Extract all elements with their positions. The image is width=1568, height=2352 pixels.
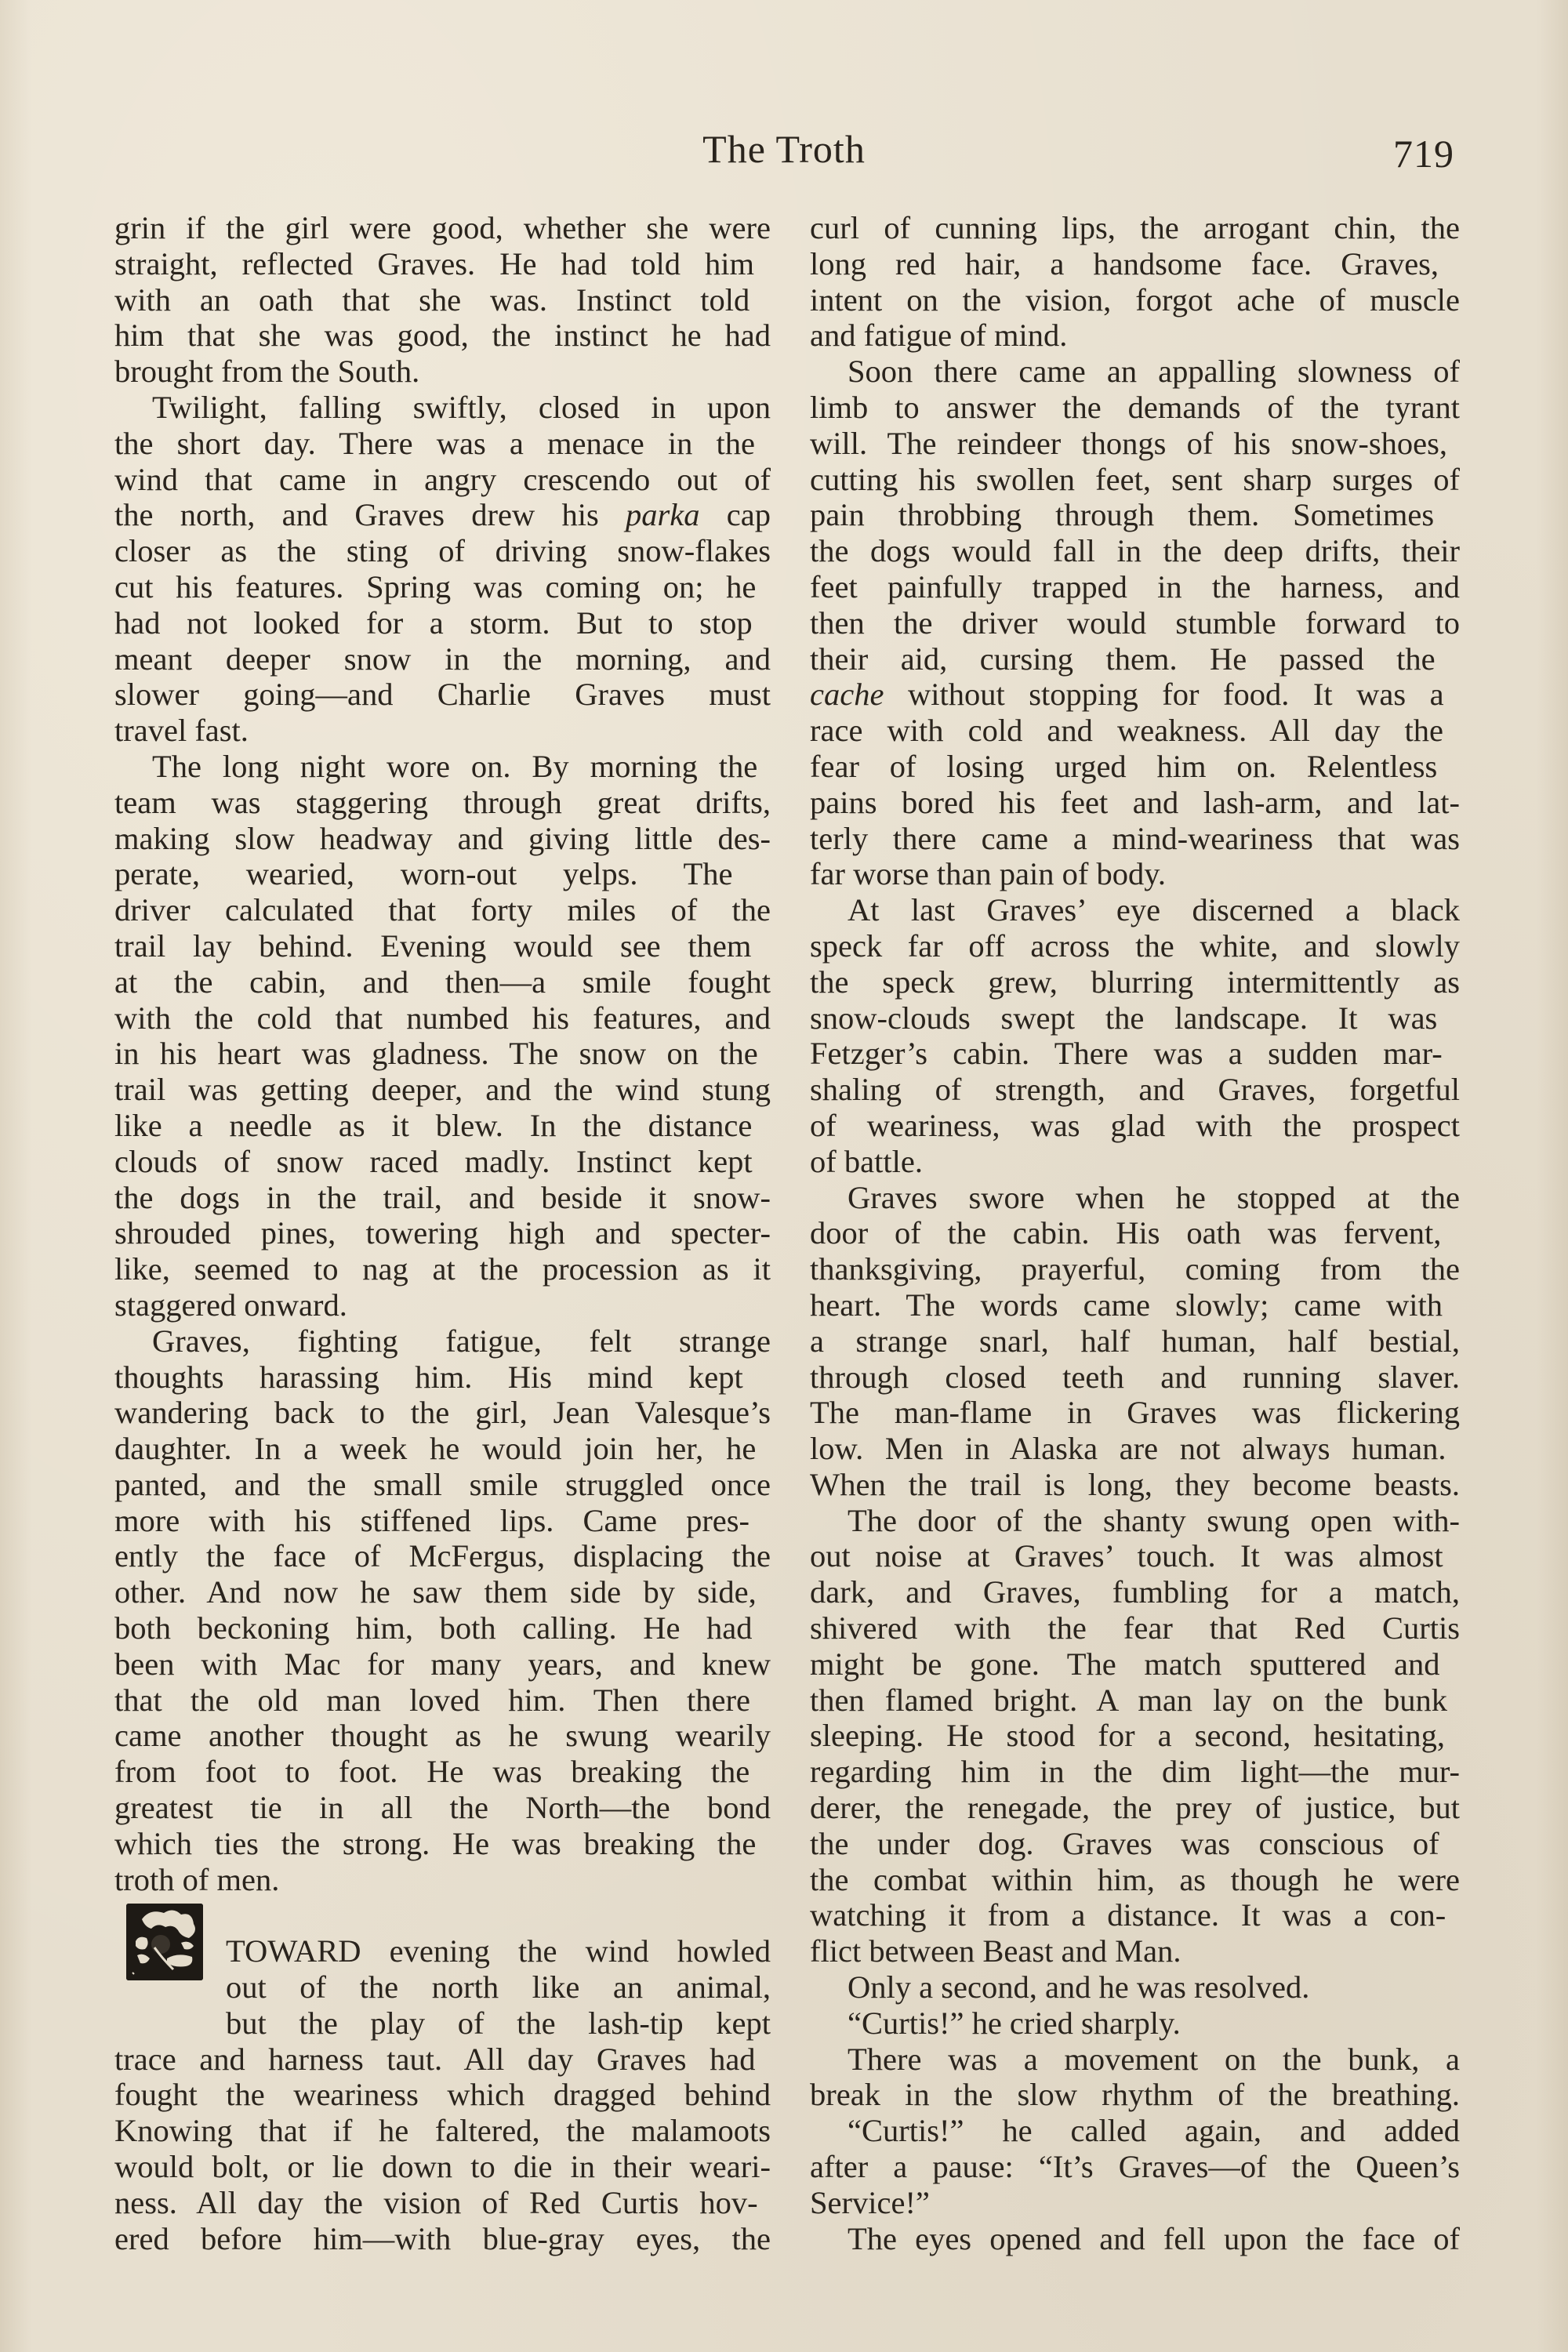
text-line: meant deeper snow in the morning, and xyxy=(114,641,771,677)
text-line: break in the slow rhythm of the breathin… xyxy=(810,2077,1460,2113)
text-line: curl of cunning lips, the arrogant chin,… xyxy=(810,210,1460,246)
text-run: like, seemed to nag at the procession as… xyxy=(114,1251,771,1287)
text-line: intent on the vision, forgot ache of mus… xyxy=(810,282,1460,318)
text-run: limb to answer the demands of the tyrant xyxy=(810,390,1460,425)
text-run: Knowing that if he faltered, the malamoo… xyxy=(114,2113,771,2148)
text-run: cap xyxy=(700,497,771,532)
text-line: the north, and Graves drew his parka cap xyxy=(114,497,771,533)
text-run: the north, and Graves drew his xyxy=(114,497,626,532)
text-line: both beckoning him, both calling. He had xyxy=(114,1610,771,1646)
text-run: When the trail is long, they become beas… xyxy=(810,1467,1460,1502)
text-line: pain throbbing through them. Sometimes xyxy=(810,497,1460,533)
text-line: the short day. There was a menace in the xyxy=(114,426,771,462)
text-run: feet painfully trapped in the harness, a… xyxy=(810,569,1460,604)
text-run: with the cold that numbed his features, … xyxy=(114,1000,771,1036)
text-run: but the play of the lash-tip kept xyxy=(226,2005,771,2041)
text-line: out noise at Graves’ touch. It was almos… xyxy=(810,1538,1460,1574)
text-run: then flamed bright. A man lay on the bun… xyxy=(810,1682,1447,1718)
text-line: but the play of the lash-tip kept xyxy=(114,2005,771,2042)
text-line: of weariness, was glad with the prospect xyxy=(810,1108,1460,1144)
text-line: The door of the shanty swung open with- xyxy=(810,1503,1460,1539)
text-line: cut his features. Spring was coming on; … xyxy=(114,569,771,605)
text-run: other. And now he saw them side by side, xyxy=(114,1574,757,1610)
text-line: Twilight, falling swiftly, closed in upo… xyxy=(114,390,771,426)
text-line: terly there came a mind-weariness that w… xyxy=(810,821,1460,857)
text-line: driver calculated that forty miles of th… xyxy=(114,892,771,928)
text-run: curl of cunning lips, the arrogant chin,… xyxy=(810,210,1460,245)
text-run: Graves swore when he stopped at the xyxy=(848,1180,1460,1215)
text-line: might be gone. The match sputtered and xyxy=(810,1646,1460,1682)
text-run: with an oath that she was. Instinct told xyxy=(114,282,750,318)
text-run: slower going—and Charlie Graves must xyxy=(114,677,771,712)
text-run: more with his stiffened lips. Came pres- xyxy=(114,1503,750,1538)
text-line: ered before him—with blue-gray eyes, the xyxy=(114,2221,771,2257)
text-run: panted, and the small smile struggled on… xyxy=(114,1467,771,1502)
text-run: long red hair, a handsome face. Graves, xyxy=(810,246,1439,281)
text-line: “Curtis!” he cried sharply. xyxy=(810,2005,1460,2042)
text-line: sleeping. He stood for a second, hesitat… xyxy=(810,1718,1460,1754)
text-run: speck far off across the white, and slow… xyxy=(810,928,1460,964)
text-run: trace and harness taut. All day Graves h… xyxy=(114,2042,756,2077)
text-run: trail lay behind. Evening would see them xyxy=(114,928,751,964)
text-line: will. The reindeer thongs of his snow-sh… xyxy=(810,426,1460,462)
text-line: There was a movement on the bunk, a xyxy=(810,2042,1460,2078)
text-run: dark, and Graves, fumbling for a match, xyxy=(810,1574,1460,1610)
text-run: door of the cabin. His oath was fervent, xyxy=(810,1215,1441,1250)
text-run: terly there came a mind-weariness that w… xyxy=(810,821,1460,856)
text-line: more with his stiffened lips. Came pres- xyxy=(114,1503,771,1539)
text-line: grin if the girl were good, whether she … xyxy=(114,210,771,246)
text-run: fear of losing urged him on. Relentless xyxy=(810,749,1437,784)
text-run: pains bored his feet and lash-arm, and l… xyxy=(810,785,1460,820)
text-run: watching it from a distance. It was a co… xyxy=(810,1897,1446,1933)
text-line: a strange snarl, half human, half bestia… xyxy=(810,1323,1460,1359)
text-run: had not looked for a storm. But to stop xyxy=(114,605,753,641)
text-line: limb to answer the demands of the tyrant xyxy=(810,390,1460,426)
text-run: “Curtis!” he cried sharply. xyxy=(848,2005,1181,2041)
text-run: both beckoning him, both calling. He had xyxy=(114,1610,753,1646)
text-line: after a pause: “It’s Graves—of the Queen… xyxy=(810,2149,1460,2185)
text-line: Graves, fighting fatigue, felt strange xyxy=(114,1323,771,1359)
text-run: brought from the South. xyxy=(114,354,419,389)
text-run: been with Mac for many years, and knew xyxy=(114,1646,771,1682)
text-line: panted, and the small smile struggled on… xyxy=(114,1467,771,1503)
text-run: and fatigue of mind. xyxy=(810,318,1067,353)
text-run: shivered with the fear that Red Curtis xyxy=(810,1610,1460,1646)
text-run: intent on the vision, forgot ache of mus… xyxy=(810,282,1460,318)
text-line: trail was getting deeper, and the wind s… xyxy=(114,1072,771,1108)
text-line: shrouded pines, towering high and specte… xyxy=(114,1215,771,1251)
text-line: team was staggering through great drifts… xyxy=(114,785,771,821)
text-run: him that she was good, the instinct he h… xyxy=(114,318,771,353)
book-page: The Troth 719 grin if the girl were good… xyxy=(0,0,1568,2352)
text-line: through closed teeth and running slaver. xyxy=(810,1359,1460,1396)
text-run: that the old man loved him. Then there xyxy=(114,1682,750,1718)
text-run: in his heart was gladness. The snow on t… xyxy=(114,1036,758,1071)
text-line: other. And now he saw them side by side, xyxy=(114,1574,771,1610)
text-run: travel fast. xyxy=(114,713,249,748)
text-line: clouds of snow raced madly. Instinct kep… xyxy=(114,1144,771,1180)
text-line: derer, the renegade, the prey of justice… xyxy=(810,1790,1460,1826)
text-line: shivered with the fear that Red Curtis xyxy=(810,1610,1460,1646)
text-run: at the cabin, and then—a smile fought xyxy=(114,964,771,1000)
text-line: feet painfully trapped in the harness, a… xyxy=(810,569,1460,605)
text-run: straight, reflected Graves. He had told … xyxy=(114,246,754,281)
text-line: daughter. In a week he would join her, h… xyxy=(114,1431,771,1467)
text-line: fought the weariness which dragged behin… xyxy=(114,2077,771,2113)
text-run: ered before him—with blue-gray eyes, the xyxy=(114,2221,771,2256)
text-line: brought from the South. xyxy=(114,354,771,390)
text-run: At last Graves’ eye discerned a black xyxy=(848,892,1460,927)
text-line: door of the cabin. His oath was fervent, xyxy=(810,1215,1460,1251)
page-number: 719 xyxy=(1393,130,1454,177)
text-line: long red hair, a handsome face. Graves, xyxy=(810,246,1460,282)
text-run: TOWARD evening the wind howled xyxy=(226,1933,771,1969)
text-line: speck far off across the white, and slow… xyxy=(810,928,1460,964)
text-run: snow-clouds swept the landscape. It was xyxy=(810,1000,1437,1036)
text-line: then flamed bright. A man lay on the bun… xyxy=(810,1682,1460,1719)
text-run: a strange snarl, half human, half bestia… xyxy=(810,1323,1460,1359)
running-title: The Troth xyxy=(0,125,1568,172)
text-line: the combat within him, as though he were xyxy=(810,1862,1460,1898)
text-line: race with cold and weakness. All day the xyxy=(810,713,1460,749)
text-run: The door of the shanty swung open with- xyxy=(848,1503,1460,1538)
text-line: Service!” xyxy=(810,2185,1460,2221)
text-line: slower going—and Charlie Graves must xyxy=(114,677,771,713)
text-line: wandering back to the girl, Jean Valesqu… xyxy=(114,1395,771,1431)
text-run: clouds of snow raced madly. Instinct kep… xyxy=(114,1144,753,1179)
text-run: closer as the sting of driving snow-flak… xyxy=(114,533,771,568)
text-line: watching it from a distance. It was a co… xyxy=(810,1897,1460,1933)
text-run: Fetzger’s cabin. There was a sudden mar- xyxy=(810,1036,1443,1071)
text-run: the under dog. Graves was conscious of xyxy=(810,1826,1439,1861)
text-run: perate, wearied, worn-out yelps. The xyxy=(114,856,732,891)
text-line: would bolt, or lie down to die in their … xyxy=(114,2149,771,2185)
text-line: the dogs in the trail, and beside it sno… xyxy=(114,1180,771,1216)
text-run: of battle. xyxy=(810,1144,923,1179)
running-head: The Troth 719 xyxy=(0,125,1568,172)
text-line: at the cabin, and then—a smile fought xyxy=(114,964,771,1000)
text-line: snow-clouds swept the landscape. It was xyxy=(810,1000,1460,1036)
text-line: of battle. xyxy=(810,1144,1460,1180)
text-line: cutting his swollen feet, sent sharp sur… xyxy=(810,462,1460,498)
text-line: with an oath that she was. Instinct told xyxy=(114,282,771,318)
text-run: through closed teeth and running slaver. xyxy=(810,1359,1460,1395)
text-line: The eyes opened and fell upon the face o… xyxy=(810,2221,1460,2257)
text-run: heart. The words came slowly; came with xyxy=(810,1287,1443,1323)
text-run: break in the slow rhythm of the breathin… xyxy=(810,2077,1460,2112)
text-line: The long night wore on. By morning the xyxy=(114,749,771,785)
text-line: “Curtis!” he called again, and added xyxy=(810,2113,1460,2149)
text-run: will. The reindeer thongs of his snow-sh… xyxy=(810,426,1447,461)
text-line: from foot to foot. He was breaking the xyxy=(114,1754,771,1790)
text-run: their aid, cursing them. He passed the xyxy=(810,641,1436,677)
text-line: closer as the sting of driving snow-flak… xyxy=(114,533,771,569)
text-line: Graves swore when he stopped at the xyxy=(810,1180,1460,1216)
text-line: like a needle as it blew. In the distanc… xyxy=(114,1108,771,1144)
text-line: thoughts harassing him. His mind kept xyxy=(114,1359,771,1396)
text-line: their aid, cursing them. He passed the xyxy=(810,641,1460,677)
text-run: far worse than pain of body. xyxy=(810,856,1166,891)
text-line: pains bored his feet and lash-arm, and l… xyxy=(810,785,1460,821)
text-line: perate, wearied, worn-out yelps. The xyxy=(114,856,771,892)
text-line: cache without stopping for food. It was … xyxy=(810,677,1460,713)
text-line: Knowing that if he faltered, the malamoo… xyxy=(114,2113,771,2149)
text-line: When the trail is long, they become beas… xyxy=(810,1467,1460,1503)
text-line: the dogs would fall in the deep drifts, … xyxy=(810,533,1460,569)
text-line: which ties the strong. He was breaking t… xyxy=(114,1826,771,1862)
text-run: came another thought as he swung wearily xyxy=(114,1718,771,1753)
text-run: then the driver would stumble forward to xyxy=(810,605,1460,641)
text-run: thanksgiving, prayerful, coming from the xyxy=(810,1251,1460,1287)
text-run: Graves, fighting fatigue, felt strange xyxy=(152,1323,771,1359)
text-run: There was a movement on the bunk, a xyxy=(848,2042,1460,2077)
text-line: ently the face of McFergus, displacing t… xyxy=(114,1538,771,1574)
text-run: Soon there came an appalling slowness of xyxy=(848,354,1460,389)
text-line: the speck grew, blurring intermittently … xyxy=(810,964,1460,1000)
text-run: which ties the strong. He was breaking t… xyxy=(114,1826,756,1861)
text-line: TOWARD evening the wind howled xyxy=(114,1933,771,1969)
text-run: the combat within him, as though he were xyxy=(810,1862,1460,1897)
text-run: troth of men. xyxy=(114,1862,279,1897)
text-line: the under dog. Graves was conscious of xyxy=(810,1826,1460,1862)
text-line: flict between Beast and Man. xyxy=(810,1933,1460,1969)
text-run: fought the weariness which dragged behin… xyxy=(114,2077,771,2112)
text-run: wind that came in angry crescendo out of xyxy=(114,462,771,497)
text-run: greatest tie in all the North—the bond xyxy=(114,1790,771,1825)
text-run: Service!” xyxy=(810,2185,930,2220)
text-run: sleeping. He stood for a second, hesitat… xyxy=(810,1718,1445,1753)
text-line: like, seemed to nag at the procession as… xyxy=(114,1251,771,1287)
text-run: Only a second, and he was resolved. xyxy=(848,1969,1309,2005)
decorative-initial-ornament-icon xyxy=(126,1904,203,1980)
text-run: daughter. In a week he would join her, h… xyxy=(114,1431,756,1466)
text-line: staggered onward. xyxy=(114,1287,771,1323)
text-run: Twilight, falling swiftly, closed in upo… xyxy=(152,390,771,425)
text-line: greatest tie in all the North—the bond xyxy=(114,1790,771,1826)
text-run: might be gone. The match sputtered and xyxy=(810,1646,1440,1682)
text-run: from foot to foot. He was breaking the xyxy=(114,1754,750,1789)
text-run: of weariness, was glad with the prospect xyxy=(810,1108,1460,1143)
text-line: travel fast. xyxy=(114,713,771,749)
text-line: regarding him in the dim light—the mur- xyxy=(810,1754,1460,1790)
text-line: making slow headway and giving little de… xyxy=(114,821,771,857)
text-line: thanksgiving, prayerful, coming from the xyxy=(810,1251,1460,1287)
text-line: heart. The words came slowly; came with xyxy=(810,1287,1460,1323)
text-run: regarding him in the dim light—the mur- xyxy=(810,1754,1460,1789)
text-run: wandering back to the girl, Jean Valesqu… xyxy=(114,1395,771,1430)
italic-term: parka xyxy=(626,497,700,532)
text-run: the speck grew, blurring intermittently … xyxy=(810,964,1460,1000)
text-run: out noise at Graves’ touch. It was almos… xyxy=(810,1538,1443,1573)
text-line: straight, reflected Graves. He had told … xyxy=(114,246,771,282)
text-line: came another thought as he swung wearily xyxy=(114,1718,771,1754)
text-run: pain throbbing through them. Sometimes xyxy=(810,497,1434,532)
text-run: The man-flame in Graves was flickering xyxy=(810,1395,1460,1430)
italic-term: cache xyxy=(810,677,884,712)
text-run: driver calculated that forty miles of th… xyxy=(114,892,771,927)
text-line: then the driver would stumble forward to xyxy=(810,605,1460,641)
text-run: team was staggering through great drifts… xyxy=(114,785,771,820)
text-run: ness. All day the vision of Red Curtis h… xyxy=(114,2185,758,2220)
text-line: and fatigue of mind. xyxy=(810,318,1460,354)
text-run: out of the north like an animal, xyxy=(226,1969,771,2005)
text-run: cutting his swollen feet, sent sharp sur… xyxy=(810,462,1460,497)
text-run: flict between Beast and Man. xyxy=(810,1933,1181,1969)
text-run: meant deeper snow in the morning, and xyxy=(114,641,771,677)
text-run: derer, the renegade, the prey of justice… xyxy=(810,1790,1460,1825)
text-line: fear of losing urged him on. Relentless xyxy=(810,749,1460,785)
left-column: grin if the girl were good, whether she … xyxy=(114,210,771,2256)
text-run: The long night wore on. By morning the xyxy=(152,749,757,784)
text-line: Soon there came an appalling slowness of xyxy=(810,354,1460,390)
text-line: had not looked for a storm. But to stop xyxy=(114,605,771,641)
text-line: Only a second, and he was resolved. xyxy=(810,1969,1460,2005)
text-run: would bolt, or lie down to die in their … xyxy=(114,2149,771,2184)
text-line: trace and harness taut. All day Graves h… xyxy=(114,2042,771,2078)
text-line: dark, and Graves, fumbling for a match, xyxy=(810,1574,1460,1610)
text-run: thoughts harassing him. His mind kept xyxy=(114,1359,743,1395)
text-run: the short day. There was a menace in the xyxy=(114,426,755,461)
text-run: low. Men in Alaska are not always human. xyxy=(810,1431,1446,1466)
text-line: shaling of strength, and Graves, forgetf… xyxy=(810,1072,1460,1108)
text-line: far worse than pain of body. xyxy=(810,856,1460,892)
text-line: At last Graves’ eye discerned a black xyxy=(810,892,1460,928)
text-run: trail was getting deeper, and the wind s… xyxy=(114,1072,771,1107)
text-run: making slow headway and giving little de… xyxy=(114,821,771,856)
text-run: race with cold and weakness. All day the xyxy=(810,713,1443,748)
text-line: low. Men in Alaska are not always human. xyxy=(810,1431,1460,1467)
section-break xyxy=(114,1897,771,1933)
text-line: wind that came in angry crescendo out of xyxy=(114,462,771,498)
text-run: shaling of strength, and Graves, forgetf… xyxy=(810,1072,1460,1107)
text-run: the dogs would fall in the deep drifts, … xyxy=(810,533,1460,568)
text-run: staggered onward. xyxy=(114,1287,347,1323)
text-line: him that she was good, the instinct he h… xyxy=(114,318,771,354)
text-run: “Curtis!” he called again, and added xyxy=(848,2113,1460,2148)
text-line: been with Mac for many years, and knew xyxy=(114,1646,771,1682)
text-line: Fetzger’s cabin. There was a sudden mar- xyxy=(810,1036,1460,1072)
text-run: shrouded pines, towering high and specte… xyxy=(114,1215,771,1250)
right-column: curl of cunning lips, the arrogant chin,… xyxy=(810,210,1460,2256)
text-line: troth of men. xyxy=(114,1862,771,1898)
text-run: The eyes opened and fell upon the face o… xyxy=(848,2221,1460,2256)
text-run: cut his features. Spring was coming on; … xyxy=(114,569,756,604)
text-line: in his heart was gladness. The snow on t… xyxy=(114,1036,771,1072)
text-line: The man-flame in Graves was flickering xyxy=(810,1395,1460,1431)
text-line: with the cold that numbed his features, … xyxy=(114,1000,771,1036)
text-line: out of the north like an animal, xyxy=(114,1969,771,2005)
text-run: like a needle as it blew. In the distanc… xyxy=(114,1108,752,1143)
text-run: ently the face of McFergus, displacing t… xyxy=(114,1538,771,1573)
text-line: ness. All day the vision of Red Curtis h… xyxy=(114,2185,771,2221)
text-run: after a pause: “It’s Graves—of the Queen… xyxy=(810,2149,1460,2184)
text-run: grin if the girl were good, whether she … xyxy=(114,210,771,245)
text-line: trail lay behind. Evening would see them xyxy=(114,928,771,964)
text-run: without stopping for food. It was a xyxy=(884,677,1443,712)
text-run: the dogs in the trail, and beside it sno… xyxy=(114,1180,771,1215)
text-line: that the old man loved him. Then there xyxy=(114,1682,771,1719)
